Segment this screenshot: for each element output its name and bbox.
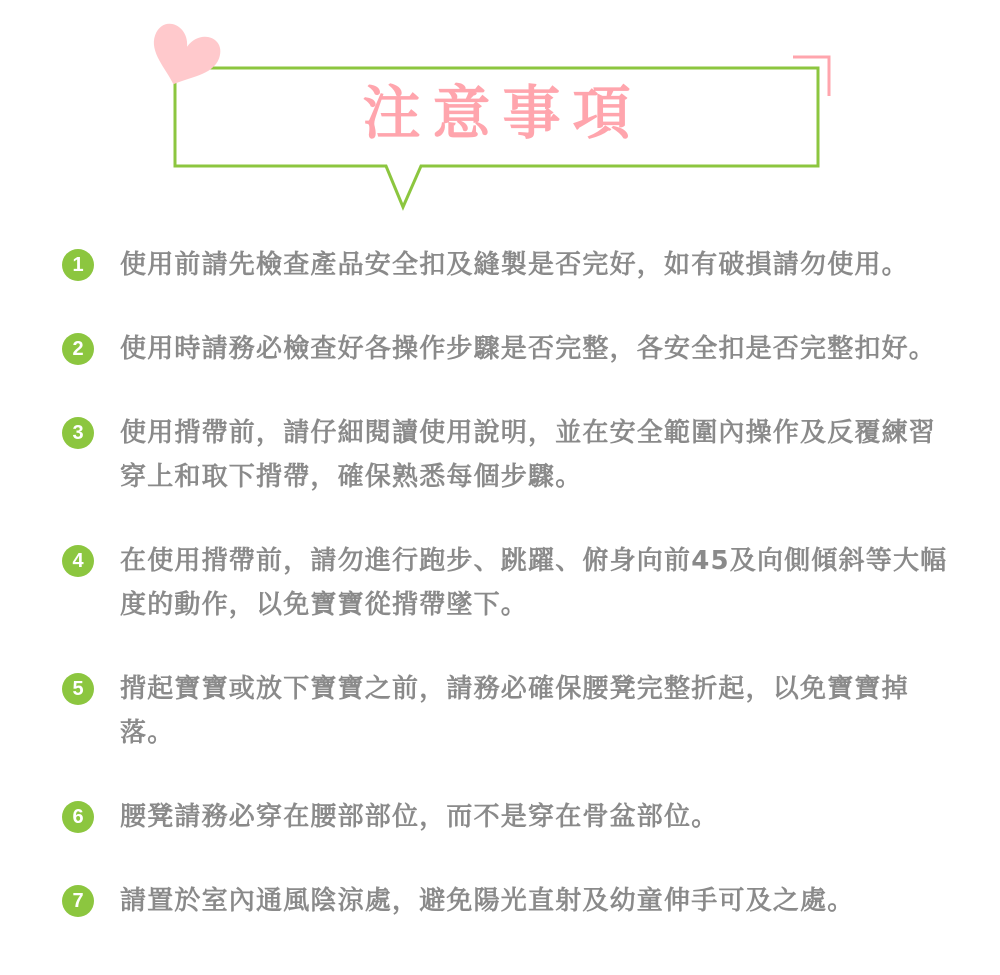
note-item: 1 使用前請先檢查產品安全扣及縫製是否完好，如有破損請勿使用。 bbox=[62, 243, 962, 287]
note-text: 請置於室內通風陰涼處，避免陽光直射及幼童伸手可及之處。 bbox=[120, 879, 962, 923]
number-badge: 2 bbox=[62, 333, 94, 365]
note-text: 使用時請務必檢查好各操作步驟是否完整，各安全扣是否完整扣好。 bbox=[120, 327, 962, 371]
number-badge: 6 bbox=[62, 801, 94, 833]
note-item: 4 在使用揹帶前，請勿進行跑步、跳躍、俯身向前45及向側傾斜等大幅度的動作，以免… bbox=[62, 539, 962, 627]
note-text: 使用前請先檢查產品安全扣及縫製是否完好，如有破損請勿使用。 bbox=[120, 243, 962, 287]
number-badge: 3 bbox=[62, 417, 94, 449]
note-text: 使用揹帶前，請仔細閱讀使用說明，並在安全範圍內操作及反覆練習穿上和取下揹帶，確保… bbox=[120, 411, 962, 499]
note-text: 在使用揹帶前，請勿進行跑步、跳躍、俯身向前45及向側傾斜等大幅度的動作，以免寶寶… bbox=[120, 539, 962, 627]
note-item: 3 使用揹帶前，請仔細閱讀使用說明，並在安全範圍內操作及反覆練習穿上和取下揹帶，… bbox=[62, 411, 962, 499]
number-badge: 4 bbox=[62, 545, 94, 577]
notes-list: 1 使用前請先檢查產品安全扣及縫製是否完好，如有破損請勿使用。 2 使用時請務必… bbox=[62, 243, 962, 963]
note-item: 2 使用時請務必檢查好各操作步驟是否完整，各安全扣是否完整扣好。 bbox=[62, 327, 962, 371]
note-item: 6 腰凳請務必穿在腰部部位，而不是穿在骨盆部位。 bbox=[62, 795, 962, 839]
number-badge: 5 bbox=[62, 673, 94, 705]
note-text: 腰凳請務必穿在腰部部位，而不是穿在骨盆部位。 bbox=[120, 795, 962, 839]
number-badge: 7 bbox=[62, 885, 94, 917]
page-title: 注意事項 bbox=[0, 78, 1000, 148]
note-text: 揹起寶寶或放下寶寶之前，請務必確保腰凳完整折起，以免寶寶掉落。 bbox=[120, 667, 962, 755]
header-banner: 注意事項 bbox=[0, 0, 1000, 220]
number-badge: 1 bbox=[62, 249, 94, 281]
note-item: 5 揹起寶寶或放下寶寶之前，請務必確保腰凳完整折起，以免寶寶掉落。 bbox=[62, 667, 962, 755]
note-item: 7 請置於室內通風陰涼處，避免陽光直射及幼童伸手可及之處。 bbox=[62, 879, 962, 923]
